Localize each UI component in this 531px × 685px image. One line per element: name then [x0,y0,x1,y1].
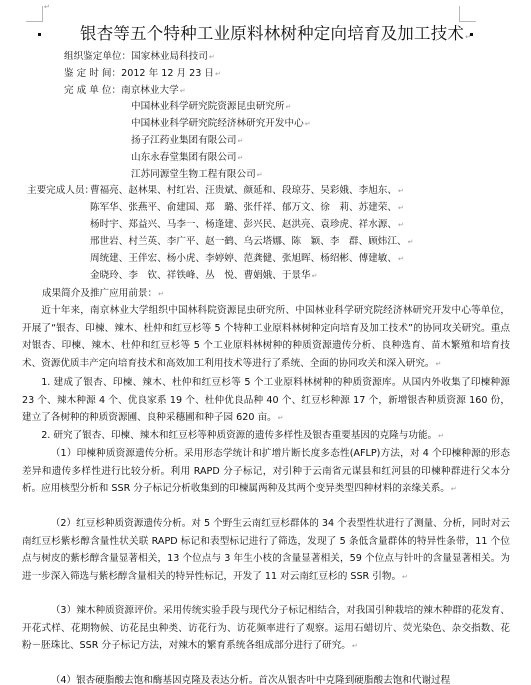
paragraph-mark-icon: ↵ [438,432,444,440]
body-paragraph: （1）印楝种质资源遗传分析。采用形态学统计和扩增片断长度多态性(AFLP)方法，… [22,445,510,499]
paragraph-mark-icon: ↵ [408,238,414,246]
body-paragraph: （2）红豆杉种质资源遗传分析。对 5 个野生云南红豆杉群体的 34 个表型性状进… [22,515,510,586]
paragraph-mark-icon: ↵ [238,154,244,162]
paragraph-mark-icon: ↵ [436,360,442,368]
body-paragraph: 近十年来，南京林业大学组织中国林科院资源昆虫研究所、中国林业科学研究院经济林研究… [22,302,510,373]
paragraph-mark-icon: ↵ [44,3,50,11]
body-paragraph: 1. 建成了银杏、印楝、辣木、杜仲和红豆杉等 5 个工业原料林树种的种质资源库。… [22,374,510,428]
members-line: 陈军华、张燕平、俞建国、郑 璐、张仟祥、郁万文、徐 莉、苏建荣、↵ [90,199,404,217]
paragraph-mark-icon: ↵ [180,87,186,95]
paragraph-mark-icon: ↵ [215,70,221,78]
paragraph-mark-icon: ↵ [305,120,311,128]
meta-organizer: 组织鉴定单位：国家林业局科技司↵ [64,48,215,66]
paragraph-mark-icon: ↵ [286,103,292,111]
document-page: ↵ 银杏等五个特种工业原料林树种定向培育及加工技术↵ 组织鉴定单位：国家林业局科… [0,0,531,685]
paragraph-mark-icon: ↵ [278,414,284,422]
page-corner-mark-top-left [26,6,43,22]
paragraph-mark-icon: ↵ [352,642,358,650]
paragraph-mark-icon: ↵ [398,204,404,212]
paragraph-mark-icon: ↵ [398,255,404,263]
meta-date: 鉴 定 时 间：2012 年 12 月 23 日↵ [64,65,221,83]
organization-item: 中国林业科学研究院经济林研究开发中心↵ [131,115,311,133]
organization-item: 山东永春堂集团有限公司↵ [131,149,243,167]
paragraph-mark-icon: ↵ [398,221,404,229]
document-title: 银杏等五个特种工业原料林树种定向培育及加工技术↵ [80,20,440,44]
members-line: 金晓玲、李 钦、祥铁峰、丛 悦、曹娟娥、于景华↵ [90,267,318,285]
members-label: 主要完成人员： [27,182,94,199]
body-paragraph: （4）银杏硬脂酸去饱和酶基因克隆及表达分析。首次从银杏叶中克隆到硬脂酸去饱和代谢… [22,672,510,685]
paragraph-mark-icon: ↵ [257,171,263,179]
list-bullet-marker [38,33,41,36]
page-corner-mark-top-right [459,6,476,22]
paragraph-mark-icon: ↵ [158,290,164,298]
body-paragraph: （3）辣木种质资源评价。采用传统实验手段与现代分子标记相结合，对我国引种栽培的辣… [22,602,510,656]
paragraph-mark-icon: ↵ [209,53,215,61]
members-line: 周统建、王伴宏、杨小虎、李婷婷、范龚健、张旭晖、杨绍彬、傅建敏、↵ [90,250,404,268]
members-line: 邢世岩、村兰英、李广平、赵一鹤、乌云塔娜、陈 颖、李 群、顾炜江、↵ [90,233,413,251]
body-paragraph: 2. 研究了银杏、印楝、辣木和红豆杉等种质资源的遗传多样性及银杏重要基因的克隆与… [22,427,510,446]
organization-item: 中国林业科学研究院资源昆虫研究所↵ [131,98,291,116]
organization-item: 扬子江药业集团有限公司↵ [131,132,243,150]
paragraph-mark-icon: ↵ [398,187,404,195]
paragraph-mark-icon: ↵ [465,33,471,41]
paragraph-mark-icon: ↵ [402,573,408,581]
members-line: 曹福亮、赵林果、村红岩、汪贵斌、颜延和、段琼芬、吴彩娥、李旭东、↵ [90,182,404,200]
paragraph-mark-icon: ↵ [238,137,244,145]
members-line: 杨时宇、郑益兴、马李一、杨逢建、彭兴民、赵洪亮、袁珍虎、祥水源、↵ [90,216,404,234]
paragraph-mark-icon: ↵ [451,485,457,493]
summary-heading: 成果简介及推广应用前景：↵ [42,285,164,303]
paragraph-mark-icon: ↵ [312,272,318,280]
